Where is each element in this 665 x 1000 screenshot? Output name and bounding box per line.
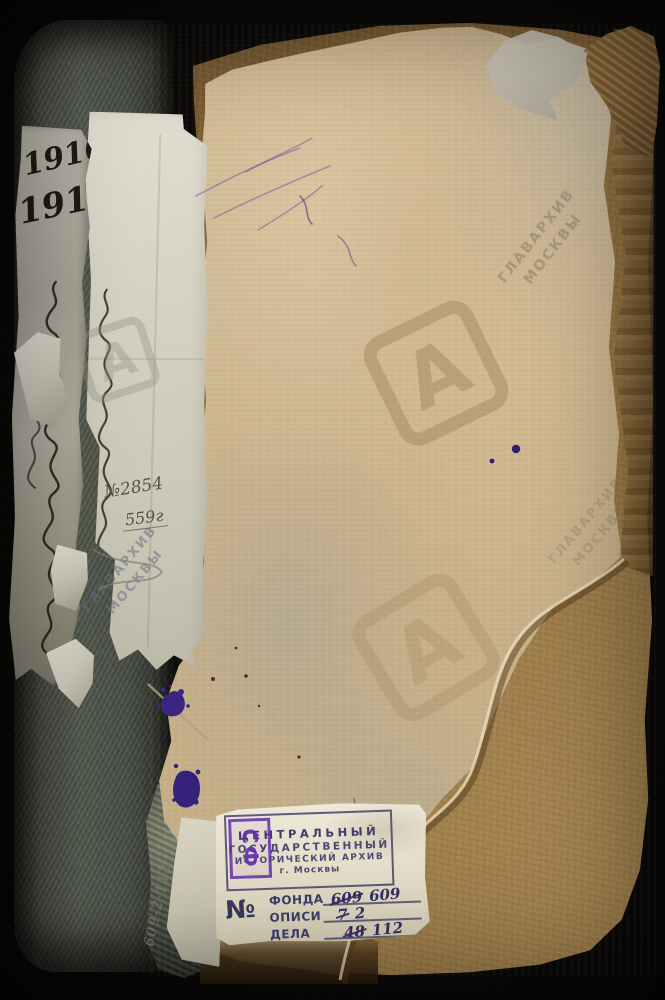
row-label: ДЕЛА <box>270 926 324 942</box>
current-value: 609 <box>368 884 401 905</box>
photo-scan: А А ГЛАВАРХИВ МОСКВЫ ГЛАВАРХИВ МОСКВЫ А … <box>0 0 665 1000</box>
label-rows: ФОНДА 609609 ОПИСИ 72 ДЕЛА 48112 <box>269 886 423 942</box>
sf-overstamp: СФ <box>228 818 272 879</box>
number-sign: № <box>224 894 256 925</box>
archival-label: ЦЕНТРАЛЬНЫЙ ГОСУДАРСТВЕННЫЙ ИСТОРИЧЕСКИЙ… <box>212 800 431 945</box>
row-label: ОПИСИ <box>269 909 323 925</box>
current-value: 2 <box>354 904 366 923</box>
crossed-value: 48 <box>343 922 365 942</box>
archive-logo-letter: А <box>91 329 144 394</box>
stamp-line-4: г. Москвы <box>279 864 340 876</box>
row-label: ФОНДА <box>269 892 323 908</box>
